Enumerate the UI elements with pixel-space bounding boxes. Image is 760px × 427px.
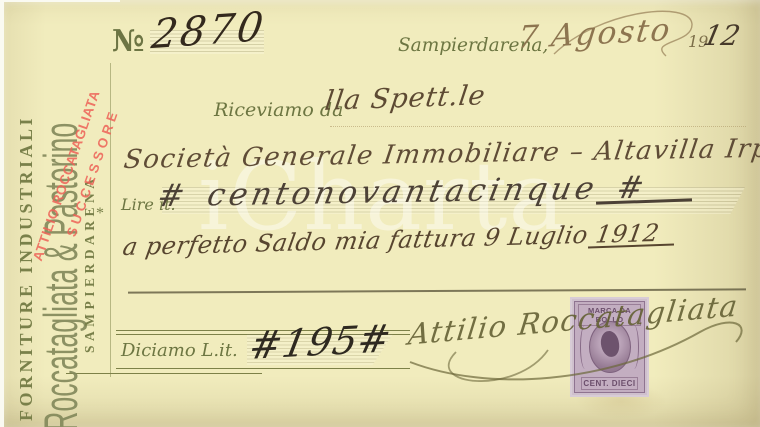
- year-handwritten: 12: [700, 19, 743, 52]
- diciamo-rule-bottom2: [66, 373, 262, 374]
- amount-figures-handwritten: #195#: [246, 316, 396, 368]
- received-from-rule: [330, 126, 746, 127]
- receipt-scan: iCharta FORNITURE INDUSTRIALI Roccatagli…: [0, 0, 760, 427]
- diciamo-rule-bottom: [116, 368, 410, 369]
- paper-top-edge: [0, 0, 120, 2]
- letterhead-asterisk: *: [96, 205, 104, 223]
- paper-left-edge: [0, 0, 4, 427]
- received-from-handwritten: lla Spett.le: [323, 80, 488, 117]
- diciamo-label: Diciamo L.it.: [121, 340, 238, 361]
- receipt-number-value: 2870: [149, 4, 269, 59]
- payer-name-handwritten: Società Generale Immobiliare – Altavilla…: [122, 133, 760, 175]
- receipt-number-label: №: [112, 24, 145, 59]
